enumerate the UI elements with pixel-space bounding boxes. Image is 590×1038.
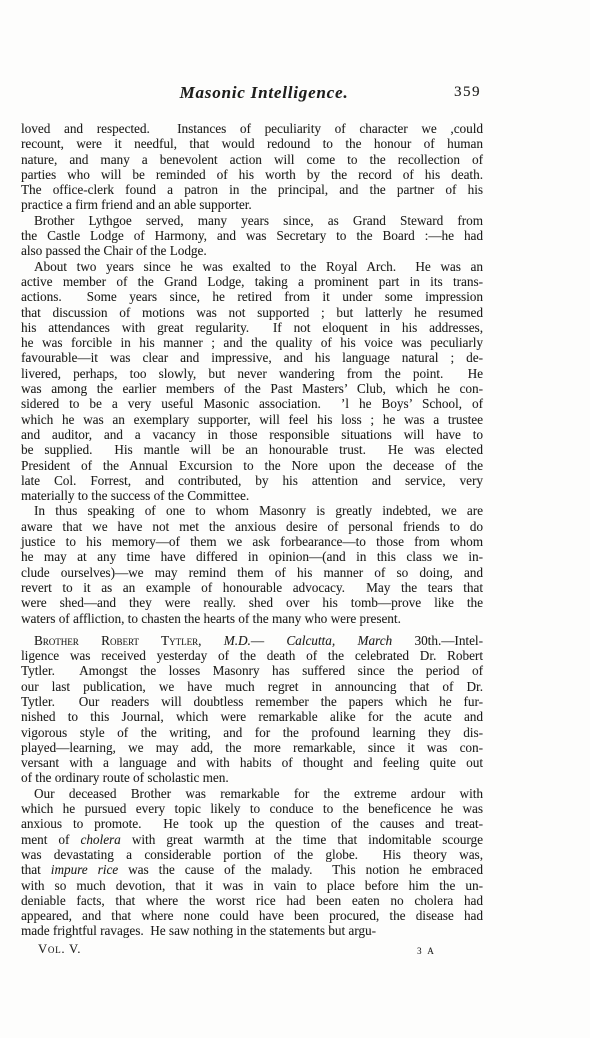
text-run: materially to the success of the Committ… xyxy=(21,488,249,503)
text-line: favourable—it was clear and impressive, … xyxy=(21,350,483,365)
text-line: were shed—and they were really. shed ove… xyxy=(21,595,483,610)
text-line: nished to this Journal, which were remar… xyxy=(21,709,483,724)
text-line: the Castle Lodge of Harmony, and was Sec… xyxy=(21,228,483,243)
text-run: vigorous style of the writing, and for t… xyxy=(21,725,483,740)
text-line: justice to his memory—of them we ask for… xyxy=(21,534,483,549)
volume-label: Vol. V. xyxy=(38,942,81,957)
text-line: Brother Robert Tytler, M.D.— Calcutta, M… xyxy=(21,633,483,648)
paragraph: Brother Robert Tytler, M.D.— Calcutta, M… xyxy=(21,633,483,786)
text-line: sidered to be a very useful Masonic asso… xyxy=(21,396,483,411)
paragraph: About two years since he was exalted to … xyxy=(21,259,483,504)
text-run: that xyxy=(21,862,51,877)
text-run: the Castle Lodge of Harmony, and was Sec… xyxy=(21,228,483,243)
italic-run: impure rice xyxy=(51,862,118,877)
text-line: our last publication, we have much regre… xyxy=(21,679,483,694)
paragraph: Brother Lythgoe served, many years since… xyxy=(21,213,483,259)
text-run: his attendances with great regularity. I… xyxy=(21,320,483,335)
text-line: About two years since he was exalted to … xyxy=(21,259,483,274)
paragraph: Our deceased Brother was remarkable for … xyxy=(21,786,483,939)
text-run: also passed the Chair of the Lodge. xyxy=(21,243,207,258)
text-run: justice to his memory—of them we ask for… xyxy=(21,534,483,549)
text-run: sidered to be a very useful Masonic asso… xyxy=(21,396,483,411)
text-run: aware that we have not met the anxious d… xyxy=(21,519,483,534)
text-line: loved and respected. Instances of peculi… xyxy=(21,121,483,136)
text-line: nature, and many a benevolent action wil… xyxy=(21,152,483,167)
text-run: Brother Lythgoe served, many years since… xyxy=(34,213,483,228)
text-line: parties who will be reminded of his wort… xyxy=(21,167,483,182)
text-run: nished to this Journal, which were remar… xyxy=(21,709,483,724)
text-line: versant with a language and with habits … xyxy=(21,755,483,770)
text-line: he may at any time have differed in opin… xyxy=(21,549,483,564)
text-line: that impure rice was the cause of the ma… xyxy=(21,862,483,877)
text-run: nature, and many a benevolent action wil… xyxy=(21,152,483,167)
text-line: vigorous style of the writing, and for t… xyxy=(21,725,483,740)
text-run: Tytler. Amongst the losses Masonry has s… xyxy=(21,663,483,678)
text-line: Tytler. Our readers will doubtless remem… xyxy=(21,694,483,709)
text-line: anxious to promote. He took up the quest… xyxy=(21,816,483,831)
text-run: In thus speaking of one to whom Masonry … xyxy=(34,503,483,518)
text-run: which he was an exemplary supporter, wil… xyxy=(21,412,483,427)
text-run: revert to it as an example of honourable… xyxy=(21,580,483,595)
text-line: his attendances with great regularity. I… xyxy=(21,320,483,335)
text-line: late Col. Forrest, and contributed, by h… xyxy=(21,473,483,488)
text-line: played—learning, we may add, the more re… xyxy=(21,740,483,755)
text-line: which he pursued every topic likely to c… xyxy=(21,801,483,816)
text-line: and auditor, and a vacancy in those resp… xyxy=(21,427,483,442)
text-line: he was forcible in his manner ; and the … xyxy=(21,335,483,350)
text-line: ligence was received yesterday of the de… xyxy=(21,648,483,663)
text-run: he was forcible in his manner ; and the … xyxy=(21,335,483,350)
text-run: and auditor, and a vacancy in those resp… xyxy=(21,427,483,442)
italic-run: M.D. xyxy=(224,633,251,648)
text-run: parties who will be reminded of his wort… xyxy=(21,167,483,182)
text-run: of the ordinary route of scholastic men. xyxy=(21,770,229,785)
text-run: was among the earlier members of the Pas… xyxy=(21,381,483,396)
text-run: he may at any time have differed in opin… xyxy=(21,549,483,564)
text-run: Tytler. Our readers will doubtless remem… xyxy=(21,694,483,709)
text-run: actions. Some years since, he retired fr… xyxy=(21,289,483,304)
italic-run: Calcutta, March xyxy=(286,633,392,648)
text-line: President of the Annual Excursion to the… xyxy=(21,458,483,473)
text-run: with so much devotion, that it was in va… xyxy=(21,878,483,893)
text-run: About two years since he was exalted to … xyxy=(34,259,483,274)
text-run: anxious to promote. He took up the quest… xyxy=(21,816,483,831)
text-run: — xyxy=(251,633,287,648)
text-line: that discussion of motions was not suppo… xyxy=(21,305,483,320)
text-line: actions. Some years since, he retired fr… xyxy=(21,289,483,304)
page-number: 359 xyxy=(454,84,481,101)
text-run: were shed—and they were really. shed ove… xyxy=(21,595,483,610)
page-footer: Vol. V. 3 A xyxy=(21,942,483,958)
text-line: materially to the success of the Committ… xyxy=(21,488,483,503)
text-line: was among the earlier members of the Pas… xyxy=(21,381,483,396)
text-block: loved and respected. Instances of peculi… xyxy=(21,121,483,939)
text-run: which he pursued every topic likely to c… xyxy=(21,801,483,816)
text-line: waters of affliction, to chasten the hea… xyxy=(21,611,483,626)
text-run: loved and respected. Instances of peculi… xyxy=(21,121,483,136)
text-run: The office-clerk found a patron in the p… xyxy=(21,182,483,197)
italic-run: cholera xyxy=(80,832,120,847)
text-line: with so much devotion, that it was in va… xyxy=(21,878,483,893)
text-run: versant with a language and with habits … xyxy=(21,755,483,770)
text-line: livered, perhaps, too slowly, but never … xyxy=(21,366,483,381)
text-line: also passed the Chair of the Lodge. xyxy=(21,243,483,258)
text-line: which he was an exemplary supporter, wil… xyxy=(21,412,483,427)
text-line: practice a firm friend and an able suppo… xyxy=(21,197,483,212)
text-line: Tytler. Amongst the losses Masonry has s… xyxy=(21,663,483,678)
text-run: ment of xyxy=(21,832,80,847)
text-run: waters of affliction, to chasten the hea… xyxy=(21,611,401,626)
text-run: that discussion of motions was not suppo… xyxy=(21,305,483,320)
small-caps-run: Brother Robert Tytler xyxy=(34,633,198,648)
text-run: was devastating a considerable portion o… xyxy=(21,847,483,862)
text-line: appeared, and that where none could have… xyxy=(21,908,483,923)
paragraph: In thus speaking of one to whom Masonry … xyxy=(21,503,483,625)
text-line: Our deceased Brother was remarkable for … xyxy=(21,786,483,801)
text-line: The office-clerk found a patron in the p… xyxy=(21,182,483,197)
text-run: recount, were it needful, that would red… xyxy=(21,136,483,151)
text-line: In thus speaking of one to whom Masonry … xyxy=(21,503,483,518)
signature-mark: 3 A xyxy=(417,942,436,958)
text-run: President of the Annual Excursion to the… xyxy=(21,458,483,473)
text-line: Brother Lythgoe served, many years since… xyxy=(21,213,483,228)
text-run: practice a firm friend and an able suppo… xyxy=(21,197,252,212)
text-run: was the cause of the malady. This notion… xyxy=(118,862,483,877)
text-run: appeared, and that where none could have… xyxy=(21,908,483,923)
text-line: recount, were it needful, that would red… xyxy=(21,136,483,151)
text-line: aware that we have not met the anxious d… xyxy=(21,519,483,534)
text-line: made frightful ravages. He saw nothing i… xyxy=(21,923,483,938)
text-line: of the ordinary route of scholastic men. xyxy=(21,770,483,785)
text-run: 30th.—Intel- xyxy=(392,633,483,648)
text-run: active member of the Grand Lodge, taking… xyxy=(21,274,483,289)
text-run: made frightful ravages. He saw nothing i… xyxy=(21,923,376,938)
text-line: deniable facts, that where the worst ric… xyxy=(21,893,483,908)
text-line: active member of the Grand Lodge, taking… xyxy=(21,274,483,289)
text-run: with great warmth at the time that indom… xyxy=(121,832,483,847)
text-line: ment of cholera with great warmth at the… xyxy=(21,832,483,847)
text-run: late Col. Forrest, and contributed, by h… xyxy=(21,473,483,488)
text-line: was devastating a considerable portion o… xyxy=(21,847,483,862)
text-run: livered, perhaps, too slowly, but never … xyxy=(21,366,483,381)
text-run: ligence was received yesterday of the de… xyxy=(21,648,483,663)
paragraph: loved and respected. Instances of peculi… xyxy=(21,121,483,213)
text-line: be supplied. His mantle will be an honou… xyxy=(21,442,483,457)
text-run: Our deceased Brother was remarkable for … xyxy=(34,786,483,801)
text-run: favourable—it was clear and impressive, … xyxy=(21,350,483,365)
text-run: , xyxy=(198,633,224,648)
text-line: revert to it as an example of honourable… xyxy=(21,580,483,595)
text-run: deniable facts, that where the worst ric… xyxy=(21,893,483,908)
text-run: our last publication, we have much regre… xyxy=(21,679,483,694)
page-header: Masonic Intelligence. 359 xyxy=(21,83,483,103)
text-run: be supplied. His mantle will be an honou… xyxy=(21,442,483,457)
text-run: clude ourselves)—we may remind them of h… xyxy=(21,565,483,580)
running-title: Masonic Intelligence. xyxy=(180,83,349,103)
document-page: Masonic Intelligence. 359 loved and resp… xyxy=(0,0,590,1038)
text-run: played—learning, we may add, the more re… xyxy=(21,740,483,755)
text-line: clude ourselves)—we may remind them of h… xyxy=(21,565,483,580)
